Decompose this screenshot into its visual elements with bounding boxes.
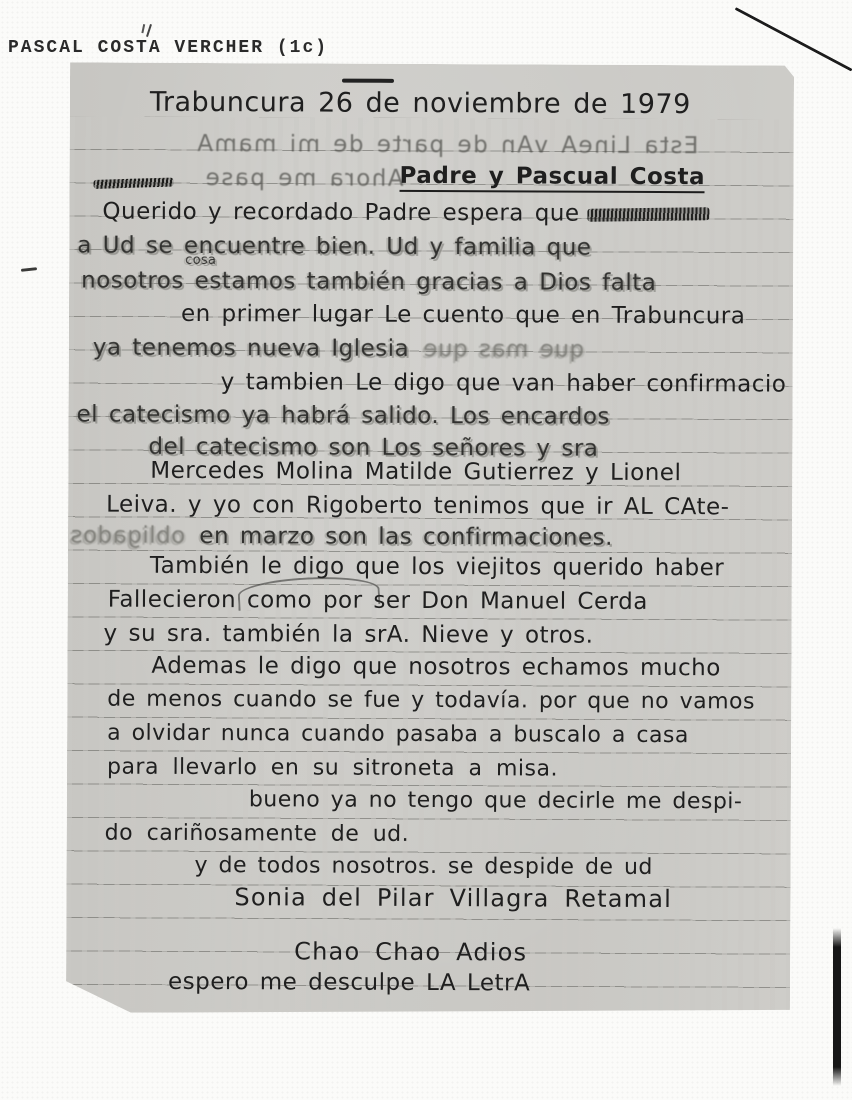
letter-line: y su sra. también la srA. Nieve y otros. <box>104 623 594 648</box>
letter-line: Ademas le digo que nosotros echamos much… <box>151 655 720 680</box>
letter-line: a olvidar nunca cuando pasaba a buscalo … <box>107 723 689 748</box>
bleedthrough-line-ahora: Ahora me pase <box>134 167 404 191</box>
bleedthrough-fragment: obligados <box>70 524 185 548</box>
margin-dash-mark <box>21 267 37 272</box>
letter-line: Mercedes Molina Matilde Gutierrez y Lion… <box>150 460 681 485</box>
letter-line-text: Querido y recordado Padre espera que <box>102 199 579 227</box>
letter-line-overlaid: a Ud se encuentre bien. Ud y familia que <box>77 234 591 259</box>
letter-line: de menos cuando se fue y todavía. por qu… <box>107 689 755 714</box>
underlined-names: Padre y Pascual Costa <box>400 165 706 193</box>
letter-line-overlaid: obligadosen marzo son las confirmaciones… <box>70 524 613 549</box>
letter-line: para llevarlo en su sitroneta a misa. <box>107 757 558 781</box>
tiny-annotation: cosa <box>185 254 216 267</box>
farewell-line: Chao Chao Adios <box>294 939 527 964</box>
letter-paper: Trabuncura 26 de noviembre de 1979 Esta … <box>66 62 794 1015</box>
letter-line: Leiva. y yo con Rigoberto tenimos que ir… <box>106 494 729 520</box>
letter-line: bueno ya no tengo que decirle me despi- <box>249 789 743 813</box>
top-dash-mark <box>342 79 394 83</box>
letter-line: do cariñosamente de ud. <box>105 823 410 846</box>
letter-line: y de todos nosotros. se despide de ud <box>195 855 653 879</box>
dateline: Trabuncura 26 de noviembre de 1979 <box>150 89 691 118</box>
bleedthrough-line-mama: Esta LineA vAn de parte de mi mamA <box>196 133 699 158</box>
diagonal-pen-line <box>735 7 852 72</box>
letter-line-text: ya tenemos nueva Iglesia <box>93 335 410 362</box>
scan-edge-bar <box>833 928 841 1086</box>
letter-line: en primer lugar Le cuento que en Trabunc… <box>181 303 745 328</box>
postscript-line: espero me desculpe LA LetrA <box>168 971 530 996</box>
scribble-strikeout <box>587 207 709 222</box>
letter-line-overlaid: ya tenemos nueva Iglesiaque mas que <box>93 337 585 362</box>
letter-line: y tambien Le digo que van haber confirma… <box>221 371 787 396</box>
signature-line: Sonia del Pilar Villagra Retamal <box>234 885 672 911</box>
letter-line: También le digo que los viejitos querido… <box>150 555 724 581</box>
letter-line-overlaid: del catecismo son Los señores y sra <box>148 436 598 461</box>
letter-line: Querido y recordado Padre espera que <box>102 201 709 227</box>
letter-line-overlaid: el catecismo ya habrá salido. Los encard… <box>76 403 610 428</box>
letter-line-overlaid: nosotros estamos también gracias a Dios … <box>81 269 656 295</box>
pen-mark-icon <box>146 24 152 37</box>
archive-label: PASCAL COSTA VERCHER (1c) <box>8 38 328 58</box>
letter-line-text: en marzo son las confirmaciones. <box>199 523 613 551</box>
bleedthrough-fragment: que mas que <box>423 338 584 362</box>
